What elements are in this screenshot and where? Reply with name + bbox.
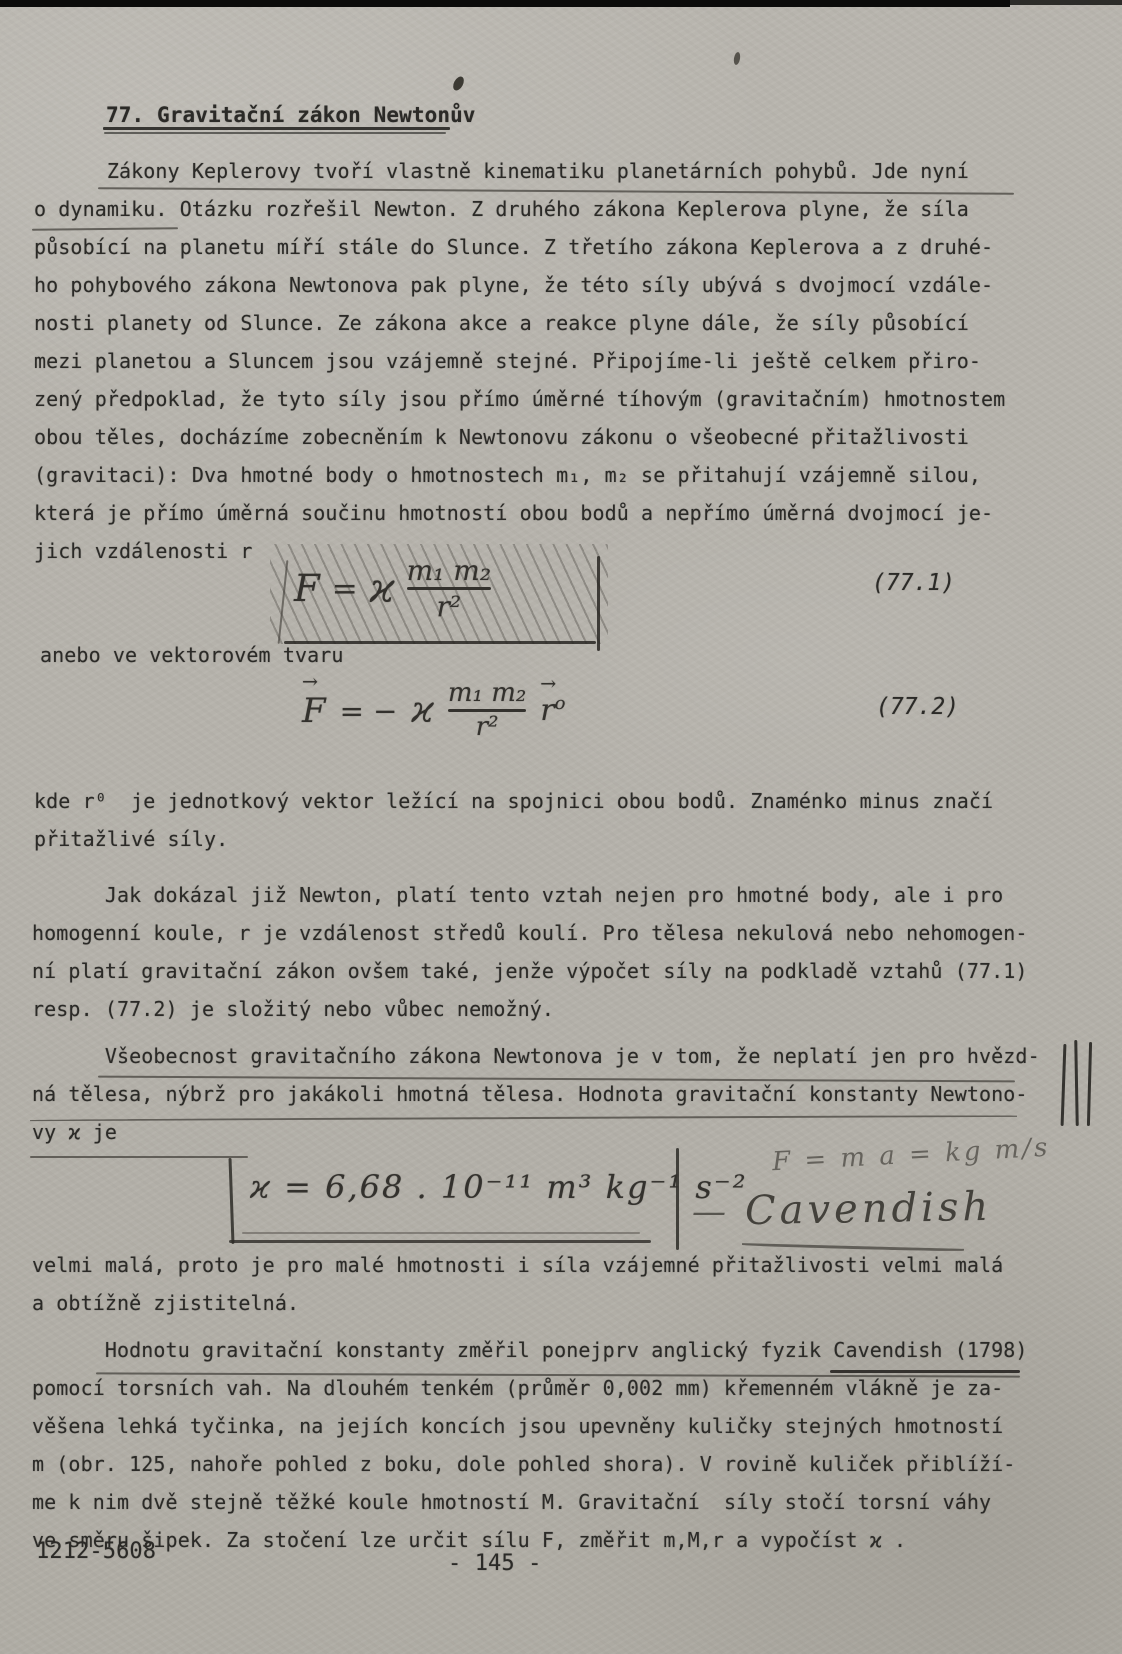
vector-arrow: → <box>540 673 556 695</box>
formula-772-r: r <box>540 693 554 728</box>
pencil-underline-cavendish-1798 <box>830 1370 1020 1373</box>
paragraph-1: Zákony Keplerovy tvoří vlastně kinematik… <box>34 152 1005 570</box>
vector-arrow: → <box>302 671 318 693</box>
title-underline-2 <box>104 132 446 134</box>
formula-771-numerator: m₁ m₂ <box>407 556 491 585</box>
paragraph-5: velmi malá, proto je pro malé hmotnosti … <box>32 1246 1003 1322</box>
footer-document-code: 1212-5608 <box>36 1533 156 1571</box>
formula-771-fraction: m₁ m₂ r² <box>407 556 491 622</box>
paragraph-4: Všeobecnost gravitačního zákona Newtonov… <box>32 1037 1040 1151</box>
margin-emphasis-stroke <box>1087 1042 1092 1126</box>
paragraph-3: Jak dokázal již Newton, platí tento vzta… <box>32 876 1028 1028</box>
paragraph-2: kde r⁰ je jednotkový vektor ležící na sp… <box>34 782 993 858</box>
paper-speck <box>733 52 741 66</box>
formula-772-numerator: m₁ m₂ <box>448 680 526 707</box>
formula-772-unit-vector: → ro <box>540 693 565 728</box>
pencil-underline-vy-kappa <box>30 1156 248 1158</box>
kappa-constant-formula: ϰ = 6,68 . 10⁻¹¹ m³ kg⁻¹ s⁻² <box>250 1168 748 1206</box>
kappa-box-bottom <box>229 1240 651 1243</box>
footer-page-number: - 145 - <box>448 1545 541 1583</box>
cavendish-dash: — <box>692 1192 726 1232</box>
margin-emphasis-stroke <box>1061 1044 1067 1126</box>
scanned-page: 77. Gravitační zákon Newtonův Zákony Kep… <box>0 0 1122 1654</box>
formula-771-kappa: ϰ <box>370 566 395 612</box>
formula-772-equals-minus: = − <box>340 694 398 728</box>
formula-772-F-vector: → F <box>302 691 326 731</box>
formula-771-equals: = <box>332 571 358 607</box>
equation-number-771: (77.1) <box>872 570 955 596</box>
scan-edge-top <box>0 0 1010 7</box>
formula-772-fraction: m₁ m₂ r² <box>448 680 526 742</box>
scan-edge-top-right <box>1010 0 1122 5</box>
formula-772-kappa: ϰ <box>411 690 433 731</box>
formula-771-F: F <box>294 567 320 610</box>
formula-771-denominator: r² <box>437 592 462 621</box>
equation-number-772: (77.2) <box>876 694 959 720</box>
title-underline <box>103 127 450 130</box>
formula-772-F: F <box>302 691 326 731</box>
formula-772: → F = − ϰ m₁ m₂ r² → ro <box>302 680 565 742</box>
vector-form-intro: anebo ve vektorovém tvaru <box>40 636 344 674</box>
formula-772-denominator: r² <box>476 714 499 741</box>
paragraph-6: Hodnotu gravitační konstanty změřil pone… <box>32 1331 1028 1559</box>
paper-speck <box>451 75 466 92</box>
formula-771-frame-right <box>597 556 600 651</box>
formula-771: F = ϰ m₁ m₂ r² <box>294 556 491 622</box>
kappa-box-bottom-inner <box>242 1232 640 1234</box>
cavendish-note: Cavendish <box>745 1184 993 1234</box>
margin-emphasis-stroke <box>1074 1040 1079 1126</box>
formula-772-r-sup: o <box>555 693 566 714</box>
kappa-box-left <box>229 1158 234 1244</box>
